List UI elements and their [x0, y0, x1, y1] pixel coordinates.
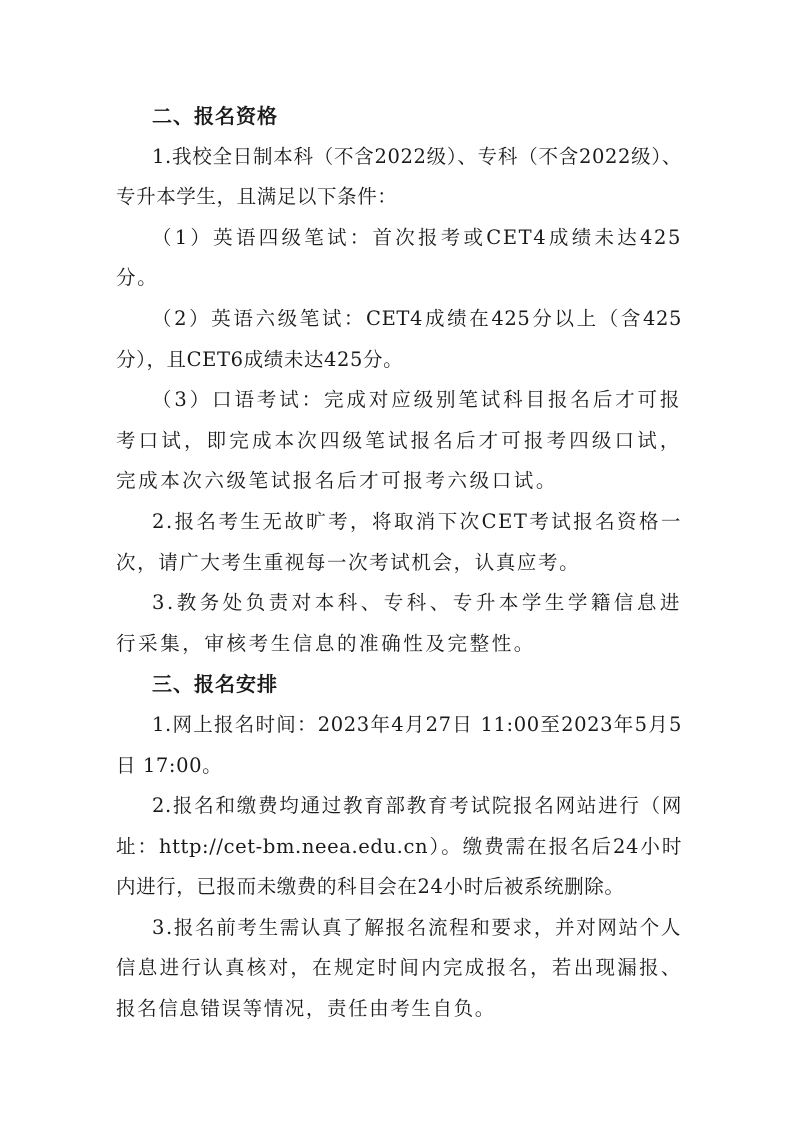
paragraph-info-collection: 3.教务处负责对本科、专科、专升本学生学籍信息进行采集，审核考生信息的准确性及完…	[116, 583, 682, 664]
section-heading-eligibility: 二、报名资格	[116, 96, 682, 137]
paragraph-cet6-condition: （2）英语六级笔试：CET4成绩在425分以上（含425分），且CET6成绩未达…	[116, 299, 682, 380]
paragraph-absence-penalty: 2.报名考生无故旷考，将取消下次CET考试报名资格一次，请广大考生重视每一次考试…	[116, 502, 682, 583]
paragraph-registration-time: 1.网上报名时间：2023年4月27日 11:00至2023年5月5日 17:0…	[116, 705, 682, 786]
document-page: 二、报名资格 1.我校全日制本科（不含2022级）、专科（不含2022级）、专升…	[116, 96, 682, 1030]
paragraph-cet4-condition: （1）英语四级笔试：首次报考或CET4成绩未达425分。	[116, 218, 682, 299]
paragraph-eligibility-1: 1.我校全日制本科（不含2022级）、专科（不含2022级）、专升本学生，且满足…	[116, 137, 682, 218]
paragraph-oral-exam-condition: （3）口语考试：完成对应级别笔试科目报名后才可报考口试，即完成本次四级笔试报名后…	[116, 380, 682, 502]
paragraph-registration-notice: 3.报名前考生需认真了解报名流程和要求，并对网站个人信息进行认真核对，在规定时间…	[116, 908, 682, 1030]
paragraph-registration-website: 2.报名和缴费均通过教育部教育考试院报名网站进行（网址：http://cet-b…	[116, 786, 682, 908]
section-heading-arrangement: 三、报名安排	[116, 664, 682, 705]
